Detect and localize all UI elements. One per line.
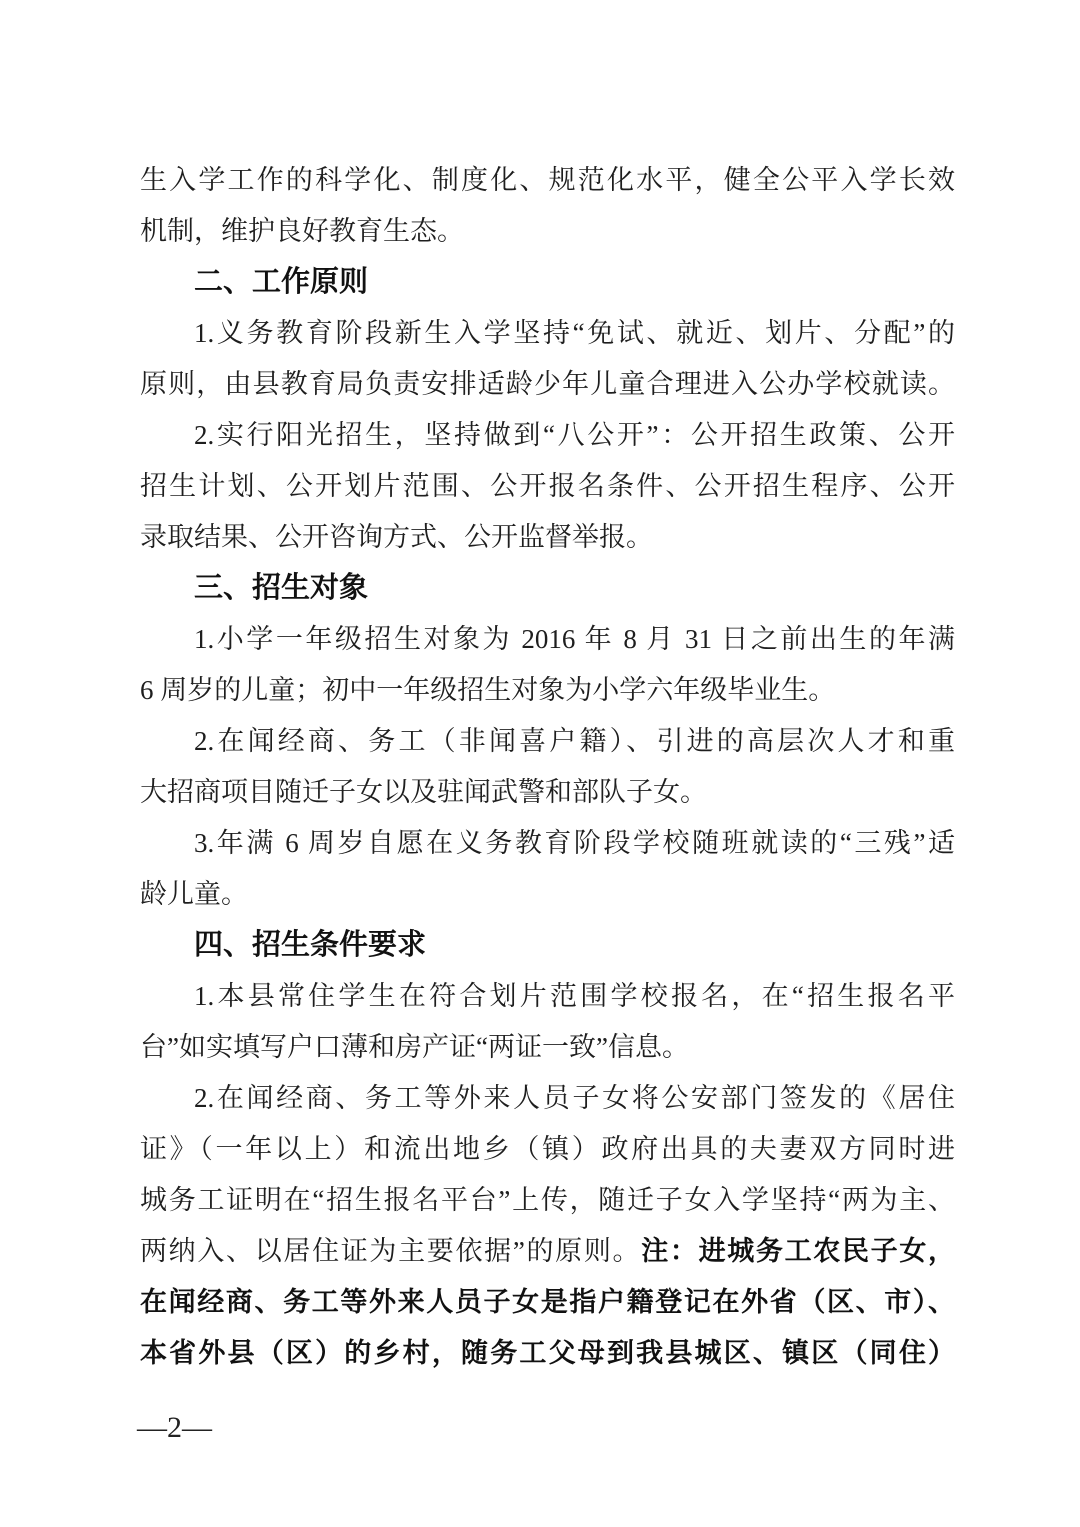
doc-line-s2-i2-3: 录取结果、公开咨询方式、公开监督举报。 [140,512,955,563]
note-lead-text: 两纳入、以居住证为主要依据”的原则。 [140,1236,641,1266]
doc-line-s4-i2-4-mixed: 两纳入、以居住证为主要依据”的原则。注：进城务工农民子女， [140,1226,955,1277]
doc-line-s2-i1-1: 1.义务教育阶段新生入学坚持“免试、就近、划片、分配”的 [140,308,955,359]
doc-line-s2-i2-2: 招生计划、公开划片范围、公开报名条件、公开招生程序、公开 [140,461,955,512]
note-emphasis-start: 注：进城务工农民子女， [641,1236,955,1266]
doc-line-note-2: 本省外县（区）的乡村，随务工父母到我县城区、镇区（同住） [140,1328,955,1379]
doc-line-intro-1: 生入学工作的科学化、制度化、规范化水平，健全公平入学长效 [140,155,955,206]
doc-line-s4-i2-3: 城务工证明在“招生报名平台”上传，随迁子女入学坚持“两为主、 [140,1175,955,1226]
doc-line-s3-i2-1: 2.在闻经商、务工（非闻喜户籍）、引进的高层次人才和重 [140,716,955,767]
doc-line-s4-i1-1: 1.本县常住学生在符合划片范围学校报名，在“招生报名平 [140,971,955,1022]
doc-line-s3-i3-2: 龄儿童。 [140,869,955,920]
section-heading-2: 二、工作原则 [140,257,955,308]
doc-line-s3-i1-2: 6 周岁的儿童；初中一年级招生对象为小学六年级毕业生。 [140,665,955,716]
document-page: 生入学工作的科学化、制度化、规范化水平，健全公平入学长效 机制，维护良好教育生态… [0,0,1080,1527]
doc-line-s4-i2-2: 证》（一年以上）和流出地乡（镇）政府出具的夫妻双方同时进 [140,1124,955,1175]
doc-line-note-1: 在闻经商、务工等外来人员子女是指户籍登记在外省（区、市）、 [140,1277,955,1328]
page-number: —2— [137,1410,212,1446]
doc-line-s3-i3-1: 3.年满 6 周岁自愿在义务教育阶段学校随班就读的“三残”适 [140,818,955,869]
doc-line-s2-i2-1: 2.实行阳光招生，坚持做到“八公开”：公开招生政策、公开 [140,410,955,461]
doc-line-s4-i2-1: 2.在闻经商、务工等外来人员子女将公安部门签发的《居住 [140,1073,955,1124]
doc-line-s3-i2-2: 大招商项目随迁子女以及驻闻武警和部队子女。 [140,767,955,818]
section-heading-3: 三、招生对象 [140,563,955,614]
doc-line-s3-i1-1: 1.小学一年级招生对象为 2016 年 8 月 31 日之前出生的年满 [140,614,955,665]
doc-line-intro-2: 机制，维护良好教育生态。 [140,206,955,257]
document-body: 生入学工作的科学化、制度化、规范化水平，健全公平入学长效 机制，维护良好教育生态… [140,155,955,1379]
section-heading-4: 四、招生条件要求 [140,920,955,971]
doc-line-s4-i1-2: 台”如实填写户口薄和房产证“两证一致”信息。 [140,1022,955,1073]
doc-line-s2-i1-2: 原则，由县教育局负责安排适龄少年儿童合理进入公办学校就读。 [140,359,955,410]
